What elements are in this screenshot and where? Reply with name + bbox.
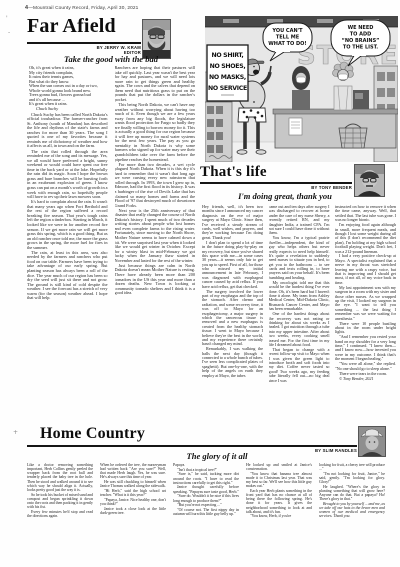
far-afield-subhead: Take the good with the bad [27,54,195,64]
paragraph: There were 10 people bustling about in t… [335,322,396,335]
paragraph: "You know that banana tree almost made i… [246,472,312,489]
customer-bubble-line-2: TELL ME [276,35,300,41]
paragraph: "You were all alone," she replied. "No o… [335,362,396,371]
paragraph: Next year is the 25th anniversary of tha… [115,209,196,264]
paragraph: I had a very positive check-up at Mayo. … [335,254,396,285]
home-country-column-3: Papaya."Isn't that a tropical tree?""Sur… [173,463,239,542]
paragraph: Each year Herb plants something in the f… [246,489,312,514]
scan-artifact-mark: - [8,29,10,36]
paragraph: "Sure do. Wouldn't it be nice if this li… [173,494,239,502]
paragraph: The surgery involved the lower part of m… [202,290,263,347]
home-country-column-4: He looked up and smiled at Janice's cons… [246,463,312,542]
paragraph: He was still chuckling to himself when J… [100,480,166,488]
paragraph: One of the hardest things about the reco… [269,312,330,347]
paragraph: "Isn't that a tropical tree?" [173,468,239,472]
paragraph: "Papaya, Janice. Nice healthy one, don't… [100,498,166,506]
paragraph: My last appointment was with my surgeon … [335,286,396,321]
folio-line: 4—Mountrail County Record, Friday, April… [25,5,138,11]
sign-line-4: NO SERVICE [208,85,247,92]
paragraph: My oncologist told me that this would be… [269,281,330,312]
clerk-bubble-line-4: TO THE LIST. [343,45,378,51]
far-afield-column-1: Oh, it's great when it rains,My city fri… [27,66,108,426]
paragraph: "And I remember you rested your hand on … [335,335,396,361]
paragraph: The rain, at least in this area, was als… [27,251,108,301]
thats-life-section: That's life BY TONY BENDER I'm doing gre… [200,164,397,181]
thats-life-column-3: instructed on how to remove it when the … [335,205,396,422]
paragraph: He laughed. "Where's the glory in planti… [319,485,385,502]
sign-line-3: NO MASKS, [209,74,246,81]
customer-bubble-line-3: WHAT TO DO! [268,41,306,47]
paragraph: That began to change with a recent follo… [269,348,330,383]
paragraph: Ranchers are hoping that their pastures … [115,66,196,102]
paragraph: I don't plan to spend a lot of time in t… [202,241,263,289]
clerk-bubble-line-2: TO ADD [350,32,372,38]
paragraph: © Tony Bender, 2021 [335,377,396,381]
thats-life-body: Hey friends, well, it's been two months … [202,205,396,422]
paragraph: It's hard to complain about the rain. It… [27,200,108,250]
paragraph: looking for fruit, a cherry tree will pr… [319,463,385,471]
paragraph: "Sure is," he said, tucking more dirt ar… [173,472,239,484]
paragraph: Janice thought carefully before speaking… [173,485,239,493]
sign-line-1: NO SHIRT, [211,52,243,59]
thats-life-column-1: Hey friends, well, it's been two months … [202,205,263,422]
paragraph: Remarkably, I was walking the halls the … [202,347,263,378]
cartoon-drawing: STORE [205,16,398,162]
paragraph: "But you're not expecting ..." [173,503,239,507]
paragraph: For more than two decades, a wet cycle p… [115,163,196,208]
headline-rule [27,42,141,44]
paragraph: So he took his bucket of mixed sand and … [27,493,93,510]
thats-life-column-2: came out and ten days after surgery I wa… [269,205,330,422]
paragraph: This being North Dakota, we can't have a… [115,103,196,162]
thats-life-byline: BY TONY BENDER [200,185,352,190]
paragraph: "You know, Herb, if you're [246,514,312,518]
paragraph: instructed on how to remove it when the … [335,205,396,223]
paragraph: Every few minutes he'd stop and read the… [27,510,93,518]
paragraph: "Of course not. The first nippy day in a… [173,508,239,516]
paragraph: You know, I'm a typical prairie dweller—… [269,236,330,280]
home-country-subhead: The glory of it all [47,451,387,461]
paragraph: He looked up and smiled at Janice's cons… [246,463,312,471]
clerk-bubble-line-1: WE NEED [348,25,374,31]
paragraph: When he ordered the tree, the nurseryman… [100,463,166,480]
far-afield-section: Far Afield BY JERRY W. KRAM EDITOR Take … [27,16,195,37]
home-country-body: Like a doctor removing something importa… [27,463,385,542]
paragraph: I'm enjoying food again although in smal… [335,223,396,254]
far-afield-body: Oh, it's great when it rains,My city fri… [27,66,195,426]
customer-bubble-line-1: YOU CAN'T [271,28,303,34]
paragraph: Hey friends, well, it's been two months … [202,205,263,240]
paragraph: Just because things are calm in North Da… [115,264,196,296]
editorial-cartoon: STORE [205,16,398,162]
scan-artifact-mark: ' [6,15,8,22]
home-country-headline: Home Country [40,425,387,443]
folio-masthead-date: —Mountrail County Record, Friday, April … [28,6,138,11]
paragraph: Chuck Suchy has been called North Dakota… [27,113,108,149]
jerry-kram-photo [142,19,171,59]
home-country-column-1: Like a doctor removing something importa… [27,463,93,542]
paragraph: "I'm not looking for fruit, Janice," he … [319,472,385,484]
scan-artifact-mark: + [13,429,18,436]
paragraph: The rain that rolled through the area re… [27,150,108,200]
paragraph: Brought to you by yourself ... and me, a… [319,502,385,519]
home-country-section: Home Country BY SLIM RANDLES The glory o… [27,425,387,443]
home-country-column-2: When he ordered the tree, the nurseryman… [100,463,166,542]
far-afield-column-2: Ranchers are hoping that their pastures … [115,66,196,426]
paragraph: Chuck Suchy [36,107,108,112]
paragraph: "Hi Herb," said the high school art teac… [100,489,166,497]
headline-rule [27,445,357,447]
paragraph: Papaya. [173,463,239,467]
clerk-bubble-line-3: “NO BRAINS” [342,38,380,44]
paragraph: Janice took a close look at the little d… [100,507,166,515]
thats-life-subhead: I'm doing great, thank you [200,191,370,201]
newspaper-page: 4—Mountrail County Record, Friday, April… [0,0,400,567]
sign-line-2: NO SHOES, [210,63,246,70]
paragraph: Like a doctor removing something importa… [27,463,93,492]
paragraph: came out and ten days after surgery I wa… [269,205,330,236]
home-country-column-5: looking for fruit, a cherry tree will pr… [319,463,385,542]
